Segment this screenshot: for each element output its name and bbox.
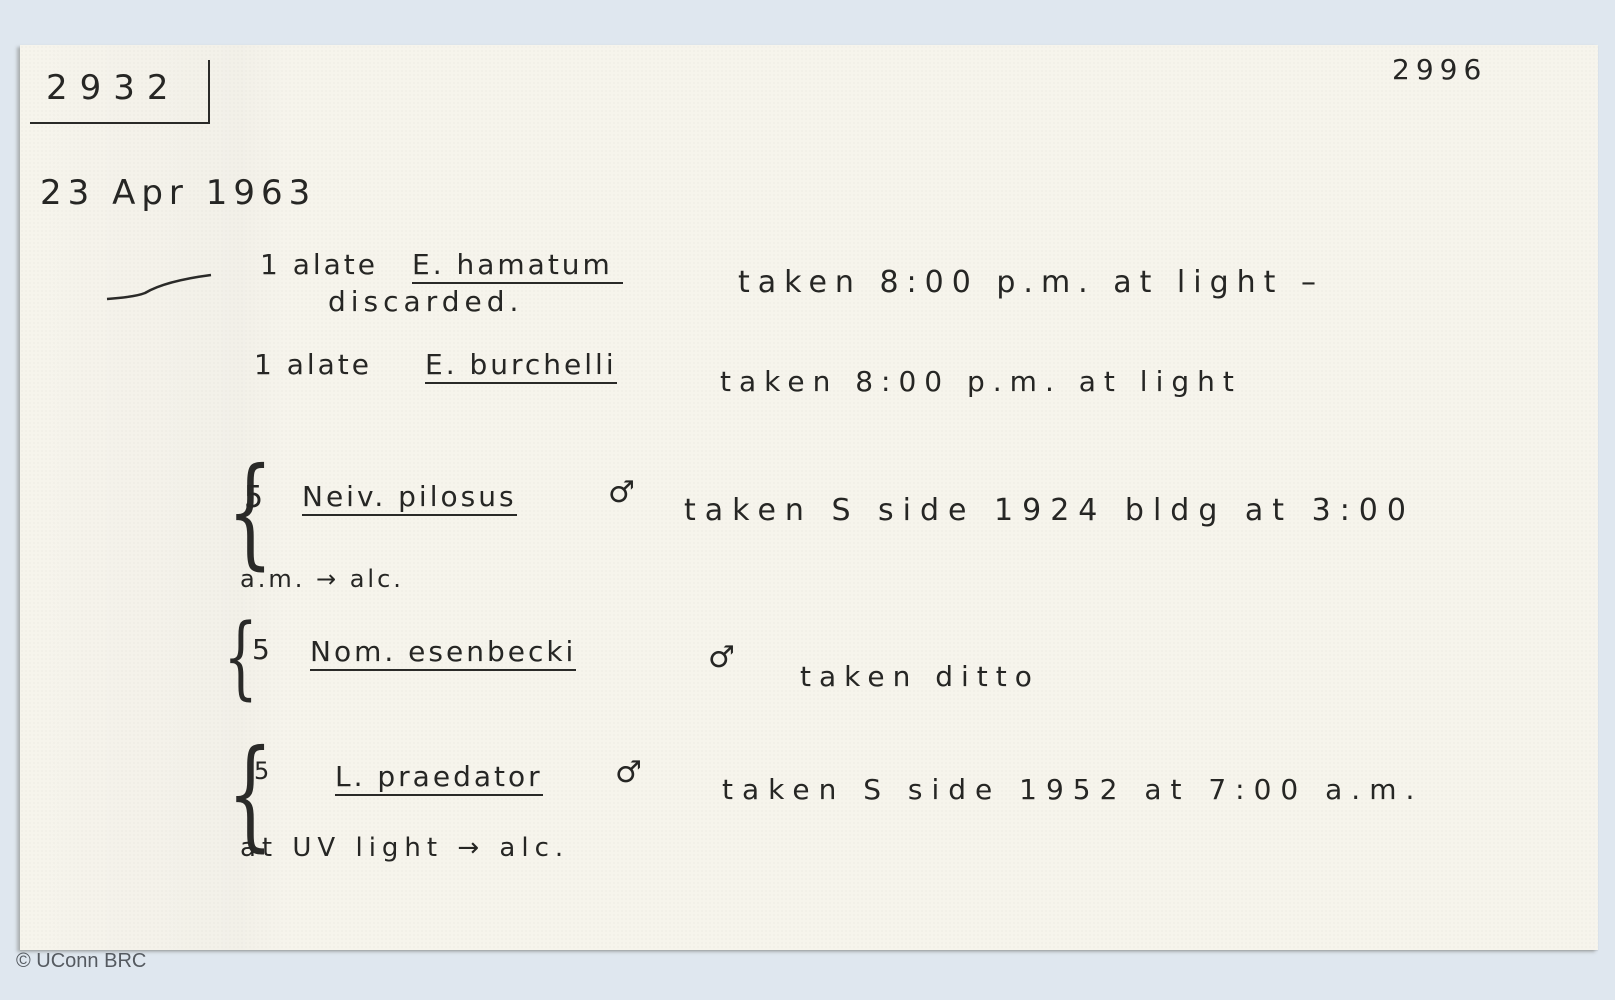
specimen-card: 2932 2996 23 Apr 1963 1 alate E. hamatum…	[20, 45, 1598, 950]
catalog-number: 2932	[46, 68, 181, 108]
entry-2-species: E. burchelli	[425, 348, 617, 384]
entry-3-note: a.m. → alc.	[240, 565, 404, 593]
entry-5-details: taken S side 1952 at 7:00 a.m.	[722, 773, 1423, 806]
entry-1-note: discarded.	[328, 285, 523, 318]
male-symbol-icon: ♂	[708, 640, 738, 675]
entry-2-details: taken 8:00 p.m. at light	[720, 365, 1242, 398]
entry-3-species: Neiv. pilosus	[302, 480, 517, 516]
corner-number: 2996	[1392, 53, 1487, 86]
entry-4-details: taken ditto	[800, 660, 1040, 693]
entry-5-count: 5	[254, 757, 272, 785]
male-symbol-icon: ♂	[615, 755, 645, 790]
entry-3-details: taken S side 1924 bldg at 3:00	[684, 493, 1415, 528]
entry-5-species: L. praedator	[335, 760, 543, 796]
entry-2-prefix: 1 alate	[254, 348, 372, 381]
entry-5-note: at UV light → alc.	[240, 833, 569, 863]
entry-4-species: Nom. esenbecki	[310, 635, 576, 671]
entry-3-count: 5	[244, 480, 266, 515]
copyright-credit: © UConn BRC	[16, 950, 146, 973]
male-symbol-icon: ♂	[608, 475, 638, 510]
entry-1-prefix: 1 alate	[260, 248, 378, 281]
margin-tick-mark	[105, 273, 215, 303]
catalog-number-box: 2932	[30, 60, 210, 124]
date: 23 Apr 1963	[40, 173, 316, 213]
entry-4-count: 5	[252, 633, 273, 666]
entry-1-species: E. hamatum	[412, 248, 623, 284]
entry-1-details: taken 8:00 p.m. at light –	[738, 265, 1324, 300]
